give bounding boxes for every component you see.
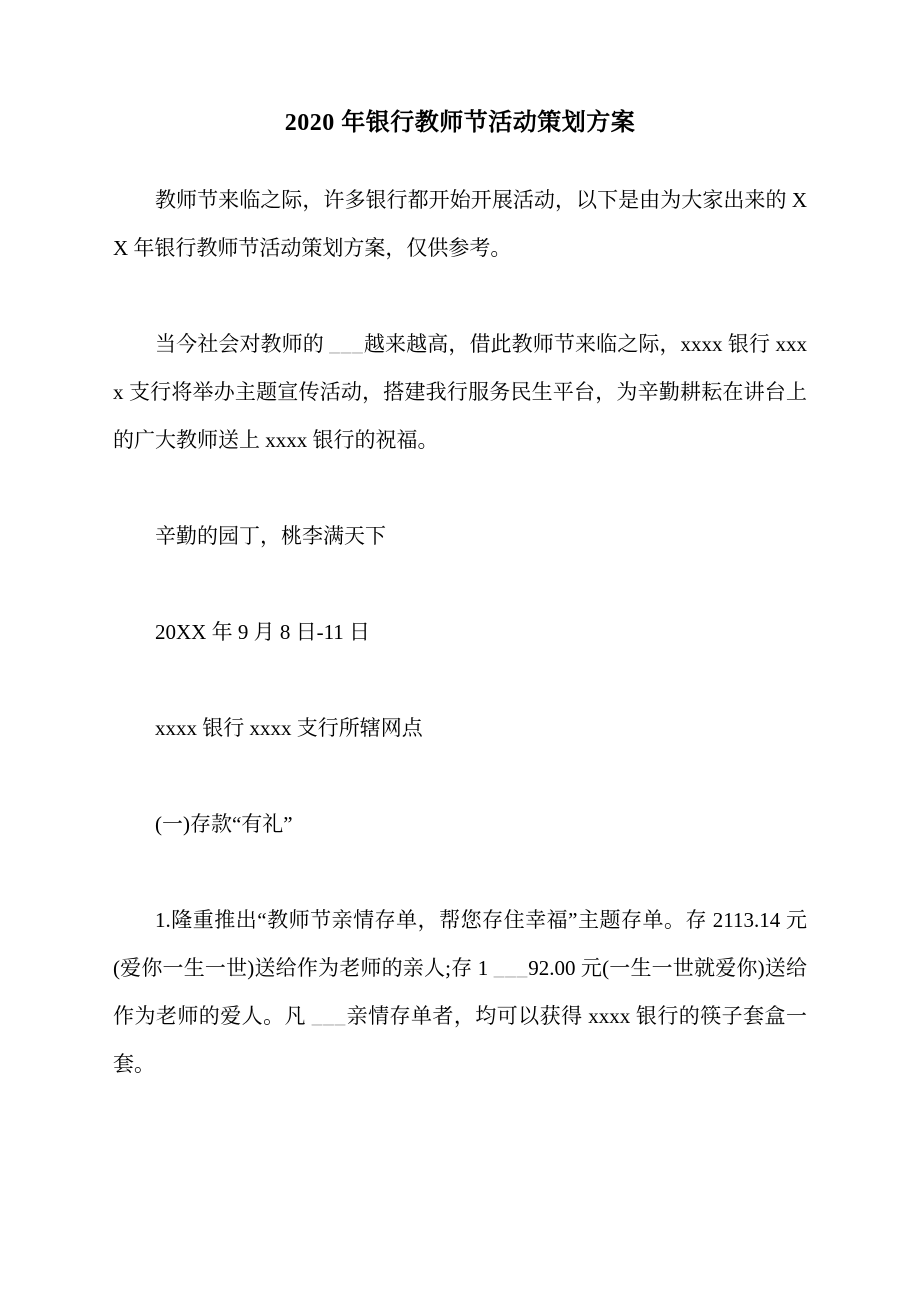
fill-in-blank: ___ [494,956,529,980]
paragraph-date: 20XX 年 9 月 8 日-11 日 [113,608,807,656]
fill-in-blank: ___ [312,1004,347,1028]
paragraph-section-heading: (一)存款“有礼” [113,800,807,848]
paragraph-background: 当今社会对教师的 ___越来越高，借此教师节来临之际，xxxx 银行 xxxx … [113,320,807,464]
fill-in-blank: ___ [329,332,364,356]
paragraph-theme: 辛勤的园丁，桃李满天下 [113,512,807,560]
paragraph-intro: 教师节来临之际，许多银行都开始开展活动，以下是由为大家出来的 XX 年银行教师节… [113,176,807,272]
paragraph-location: xxxx 银行 xxxx 支行所辖网点 [113,704,807,752]
document-page: 2020 年银行教师节活动策划方案 教师节来临之际，许多银行都开始开展活动，以下… [0,0,920,1302]
paragraph-activity-detail: 1.隆重推出“教师节亲情存单，帮您存住幸福”主题存单。存 2113.14 元(爱… [113,896,807,1088]
document-title: 2020 年银行教师节活动策划方案 [113,98,807,148]
